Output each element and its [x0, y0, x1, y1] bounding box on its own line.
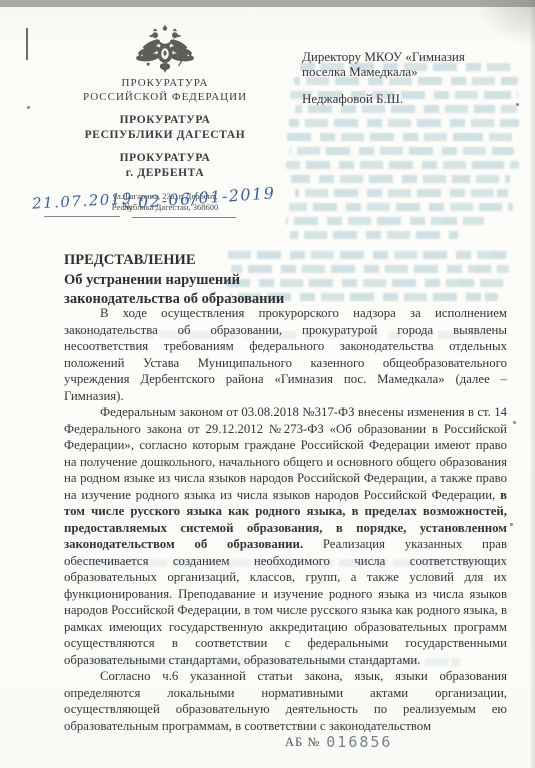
bleedthrough-line — [286, 161, 519, 169]
recipient-line2: поселка Мамедкала» — [302, 64, 514, 79]
bleedthrough-line — [285, 133, 516, 141]
bleedthrough-line — [295, 105, 517, 113]
bleedthrough-line — [289, 119, 519, 127]
org-republic: ПРОКУРАТУРА РЕСПУБЛИКИ ДАГЕСТАН — [44, 113, 286, 142]
form-series-label: АБ № — [285, 735, 320, 749]
form-serial-number: 016856 — [326, 733, 392, 751]
scan-right-edge — [529, 0, 535, 768]
bleedthrough-line — [286, 217, 484, 225]
paragraph-2-normal-2: Реализация указанных прав обеспечивается… — [64, 537, 507, 667]
number-underline — [132, 217, 236, 218]
paragraph-1: В ходе осуществления прокурорского надзо… — [64, 305, 507, 404]
org-city: ПРОКУРАТУРА г. ДЕРБЕНТА — [44, 151, 286, 180]
recipient-line1: Директору МКОУ «Гимназия — [302, 49, 514, 64]
scan-artifact-dot — [510, 523, 513, 526]
bleedthrough-line — [290, 147, 514, 155]
recipient-block: Директору МКОУ «Гимназия поселка Мамедка… — [302, 49, 514, 106]
bleedthrough-line — [290, 231, 458, 239]
recipient-name: Неджафовой Б.Ш. — [302, 91, 514, 106]
scan-artifact-dot — [513, 421, 516, 424]
number-sign: № — [122, 201, 133, 213]
date-underline — [44, 216, 120, 217]
scan-edge-band — [0, 0, 535, 7]
paragraph-3: Согласно ч.6 указанной статьи закона, яз… — [64, 668, 507, 734]
org-city-line2: г. ДЕРБЕНТА — [44, 166, 286, 181]
org-republic-line2: РЕСПУБЛИКИ ДАГЕСТАН — [44, 128, 286, 143]
bleedthrough-line — [289, 203, 513, 211]
org-federation-line2: РОССИЙСКОЙ ФЕДЕРАЦИИ — [44, 90, 286, 104]
scan-artifact-dot — [27, 106, 30, 109]
paragraph-2-normal-1: Федеральным законом от 03.08.2018 №317-Ф… — [64, 405, 507, 502]
document-title: ПРЕДСТАВЛЕНИЕ Об устранении нарушений за… — [64, 251, 284, 310]
form-serial: АБ №016856 — [285, 733, 392, 751]
document-body: В ходе осуществления прокурорского надзо… — [64, 305, 507, 734]
title-line2: Об устранении нарушений — [64, 271, 284, 291]
org-federation-line1: ПРОКУРАТУРА — [44, 76, 286, 90]
title-line1: ПРЕДСТАВЛЕНИЕ — [64, 251, 284, 271]
scan-corner-shadow — [475, 0, 535, 46]
paragraph-2: Федеральным законом от 03.08.2018 №317-Ф… — [64, 404, 507, 668]
bleedthrough-line — [291, 175, 510, 183]
document-page: ПРОКУРАТУРА РОССИЙСКОЙ ФЕДЕРАЦИИ ПРОКУРА… — [0, 0, 535, 768]
org-city-line1: ПРОКУРАТУРА — [44, 151, 286, 166]
scan-artifact-line — [26, 28, 28, 60]
bleedthrough-line — [295, 189, 508, 197]
org-republic-line1: ПРОКУРАТУРА — [44, 113, 286, 128]
